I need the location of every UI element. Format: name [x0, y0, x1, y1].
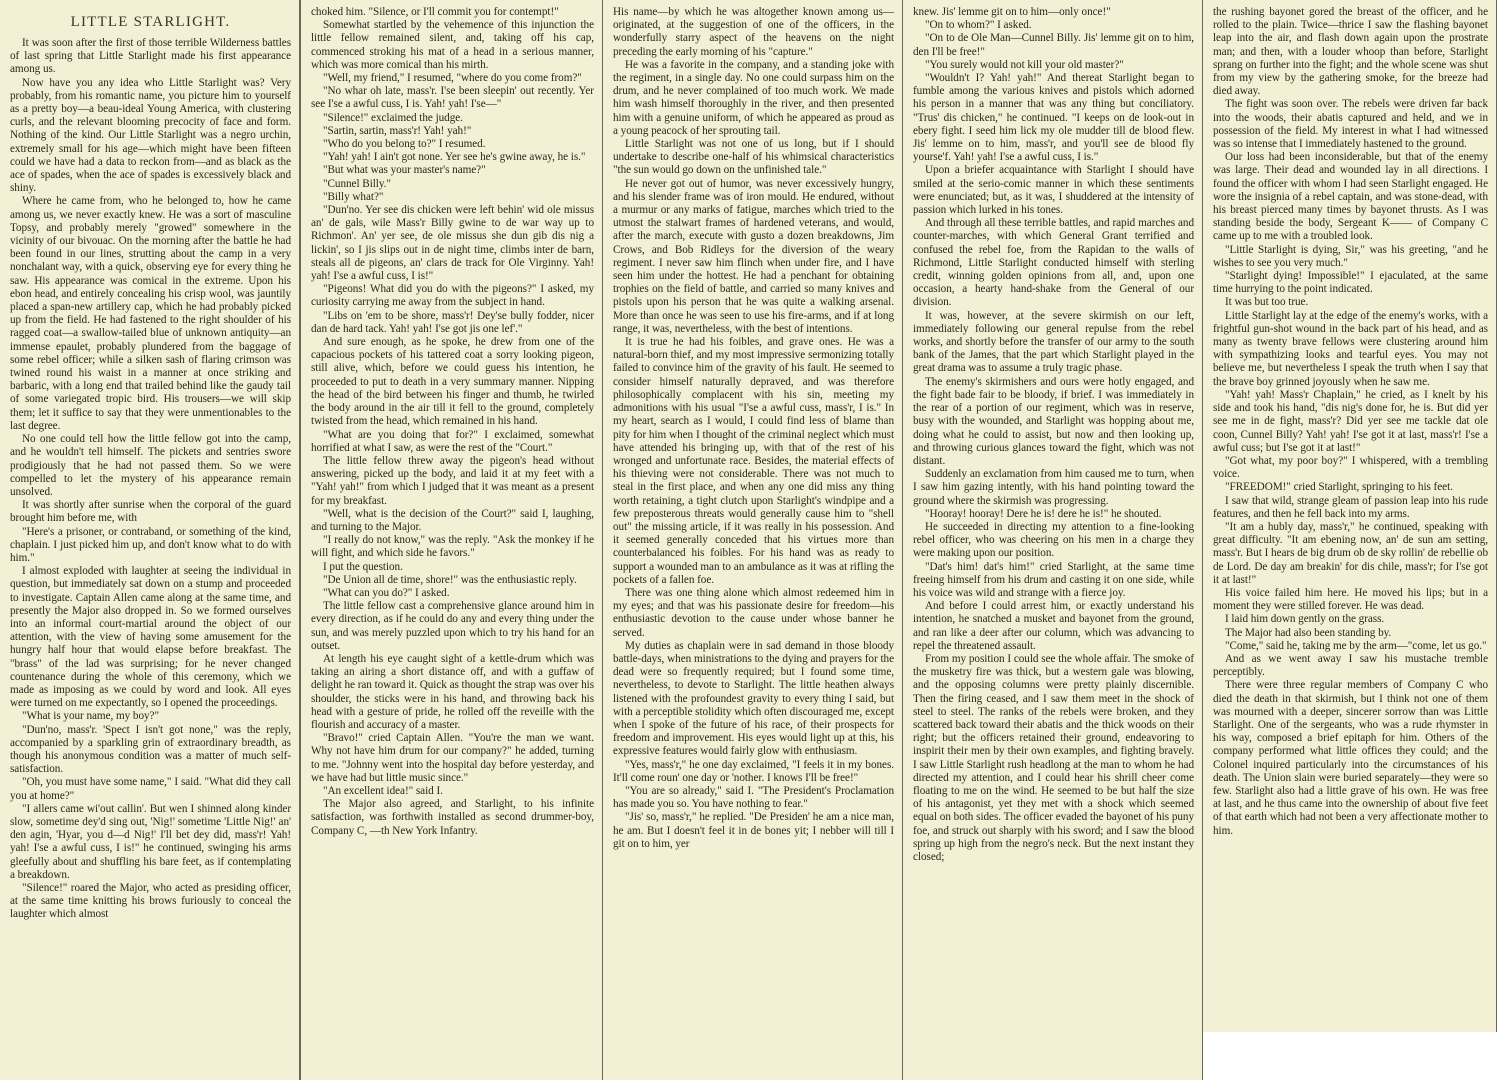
paragraph: "Yah! yah! I ain't got none. Yer see he'… [311, 151, 594, 164]
paragraph: "Here's a prisoner, or contraband, or so… [10, 526, 291, 566]
paragraph: "Hooray! hooray! Dere he is! dere he is!… [913, 508, 1194, 521]
paragraph: And as we went away I saw his mustache t… [1213, 653, 1488, 679]
paragraph: It is true he had his foibles, and grave… [613, 336, 894, 587]
paragraph: "Silence!" exclaimed the judge. [311, 112, 594, 125]
column-4: knew. Jis' lemme git on to him—only once… [903, 0, 1203, 1080]
paragraph: "Dun'no. Yer see dis chicken were left b… [311, 204, 594, 283]
paragraph: "What is your name, my boy?" [10, 710, 291, 723]
paragraph: The Major had also been standing by. [1213, 627, 1488, 640]
paragraph: Now have you any idea who Little Starlig… [10, 77, 291, 196]
paragraph: the rushing bayonet gored the breast of … [1213, 6, 1488, 98]
paragraph: "But what was your master's name?" [311, 164, 594, 177]
paragraph: It was, however, at the severe skirmish … [913, 310, 1194, 376]
paragraph: My duties as chaplain were in sad demand… [613, 640, 894, 759]
paragraph: "FREEDOM!" cried Starlight, springing to… [1213, 481, 1488, 494]
paragraph: Where he came from, who he belonged to, … [10, 195, 291, 433]
paragraph: "Who do you belong to?" I resumed. [311, 138, 594, 151]
paragraph: He was a favorite in the company, and a … [613, 59, 894, 138]
paragraph: I almost exploded with laughter at seein… [10, 565, 291, 710]
paragraph: The little fellow threw away the pigeon'… [311, 455, 594, 508]
paragraph: The enemy's skirmishers and ours were ho… [913, 376, 1194, 468]
paragraph: Little Starlight lay at the edge of the … [1213, 310, 1488, 389]
paragraph: It was soon after the first of those ter… [10, 37, 291, 77]
paragraph: It was shortly after sunrise when the co… [10, 499, 291, 525]
paragraph: And through all these terrible battles, … [913, 217, 1194, 309]
paragraph: "Oh, you must have some name," I said. "… [10, 776, 291, 802]
paragraph: The fight was soon over. The rebels were… [1213, 98, 1488, 151]
paragraph: "Well, what is the decision of the Court… [311, 508, 594, 534]
paragraph: "An excellent idea!" said I. [311, 785, 594, 798]
paragraph: "Wouldn't I? Yah! yah!" And thereat Star… [913, 72, 1194, 164]
paragraph: And sure enough, as he spoke, he drew fr… [311, 336, 594, 428]
paragraph: His voice failed him here. He moved his … [1213, 587, 1488, 613]
paragraph: "Well, my friend," I resumed, "where do … [311, 72, 594, 85]
column-5: the rushing bayonet gored the breast of … [1203, 0, 1497, 1032]
column-1-text: It was soon after the first of those ter… [10, 37, 291, 922]
paragraph: "What can you do?" I asked. [311, 587, 594, 600]
paragraph: "Yah! yah! Mass'r Chaplain," he cried, a… [1213, 389, 1488, 455]
paragraph: Our loss had been inconsiderable, but th… [1213, 151, 1488, 243]
paragraph: "Sartin, sartin, mass'r! Yah! yah!" [311, 125, 594, 138]
column-3: His name—by which he was altogether know… [603, 0, 903, 1080]
paragraph: "On to de Ole Man—Cunnel Billy. Jis' lem… [913, 32, 1194, 58]
paragraph: "I allers came wi'out callin'. But wen I… [10, 803, 291, 882]
paragraph: "You are so already," said I. "The Presi… [613, 785, 894, 811]
paragraph: "No whar oh late, mass'r. I'se been slee… [311, 85, 594, 111]
paragraph: From my position I could see the whole a… [913, 653, 1194, 864]
paragraph: "Bravo!" cried Captain Allen. "You're th… [311, 732, 594, 785]
paragraph: Suddenly an exclamation from him caused … [913, 468, 1194, 508]
paragraph: "Libs on 'em to be shore, mass'r! Dey'se… [311, 310, 594, 336]
column-2-text: choked him. "Silence, or I'll commit you… [311, 6, 594, 838]
paragraph: And before I could arrest him, or exactl… [913, 600, 1194, 653]
paragraph: He never got out of humor, was never exc… [613, 178, 894, 336]
paragraph: I saw that wild, strange gleam of passio… [1213, 495, 1488, 521]
paragraph: "Yes, mass'r," he one day exclaimed, "I … [613, 759, 894, 785]
paragraph: He succeeded in directing my attention t… [913, 521, 1194, 561]
paragraph: "Got what, my poor boy?" I whispered, wi… [1213, 455, 1488, 481]
paragraph: "Jis' so, mass'r," he replied. "De Presi… [613, 811, 894, 851]
paragraph: I laid him down gently on the grass. [1213, 613, 1488, 626]
column-4-text: knew. Jis' lemme git on to him—only once… [913, 6, 1194, 864]
paragraph: I put the question. [311, 561, 594, 574]
paragraph: choked him. "Silence, or I'll commit you… [311, 6, 594, 19]
paragraph: "Starlight dying! Impossible!" I ejacula… [1213, 270, 1488, 296]
paragraph: "Little Starlight is dying, Sir," was hi… [1213, 244, 1488, 270]
column-2: choked him. "Silence, or I'll commit you… [300, 0, 603, 1080]
paragraph: Little Starlight was not one of us long,… [613, 138, 894, 178]
paragraph: "On to whom?" I asked. [913, 19, 1194, 32]
paragraph: "Dat's him! dat's him!" cried Starlight,… [913, 561, 1194, 601]
column-3-text: His name—by which he was altogether know… [613, 6, 894, 851]
paragraph: "Cunnel Billy." [311, 178, 594, 191]
column-5-text: the rushing bayonet gored the breast of … [1213, 6, 1488, 838]
paragraph: "I really do not know," was the reply. "… [311, 534, 594, 560]
paragraph: "Dun'no, mass'r. 'Spect I isn't got none… [10, 724, 291, 777]
paragraph: "Billy what?" [311, 191, 594, 204]
paragraph: The little fellow cast a comprehensive g… [311, 600, 594, 653]
paragraph: It was but too true. [1213, 296, 1488, 309]
paragraph: "You surely would not kill your old mast… [913, 59, 1194, 72]
paragraph: The Major also agreed, and Starlight, to… [311, 798, 594, 838]
paragraph: There were three regular members of Comp… [1213, 679, 1488, 837]
paragraph: "Pigeons! What did you do with the pigeo… [311, 283, 594, 309]
paragraph: Upon a briefer acquaintance with Starlig… [913, 164, 1194, 217]
paragraph: "De Union all de time, shore!" was the e… [311, 574, 594, 587]
paragraph: knew. Jis' lemme git on to him—only once… [913, 6, 1194, 19]
article-title: LITTLE STARLIGHT. [10, 14, 291, 31]
column-1: LITTLE STARLIGHT. It was soon after the … [0, 0, 300, 1080]
paragraph: Somewhat startled by the vehemence of th… [311, 19, 594, 72]
paragraph: "What are you doing that for?" I exclaim… [311, 429, 594, 455]
paragraph: No one could tell how the little fellow … [10, 433, 291, 499]
paragraph: There was one thing alone which almost r… [613, 587, 894, 640]
paragraph: "Silence!" roared the Major, who acted a… [10, 882, 291, 922]
paragraph: At length his eye caught sight of a kett… [311, 653, 594, 732]
paragraph: "It am a hubly day, mass'r," he continue… [1213, 521, 1488, 587]
paragraph: His name—by which he was altogether know… [613, 6, 894, 59]
paragraph: "Come," said he, taking me by the arm—"c… [1213, 640, 1488, 653]
